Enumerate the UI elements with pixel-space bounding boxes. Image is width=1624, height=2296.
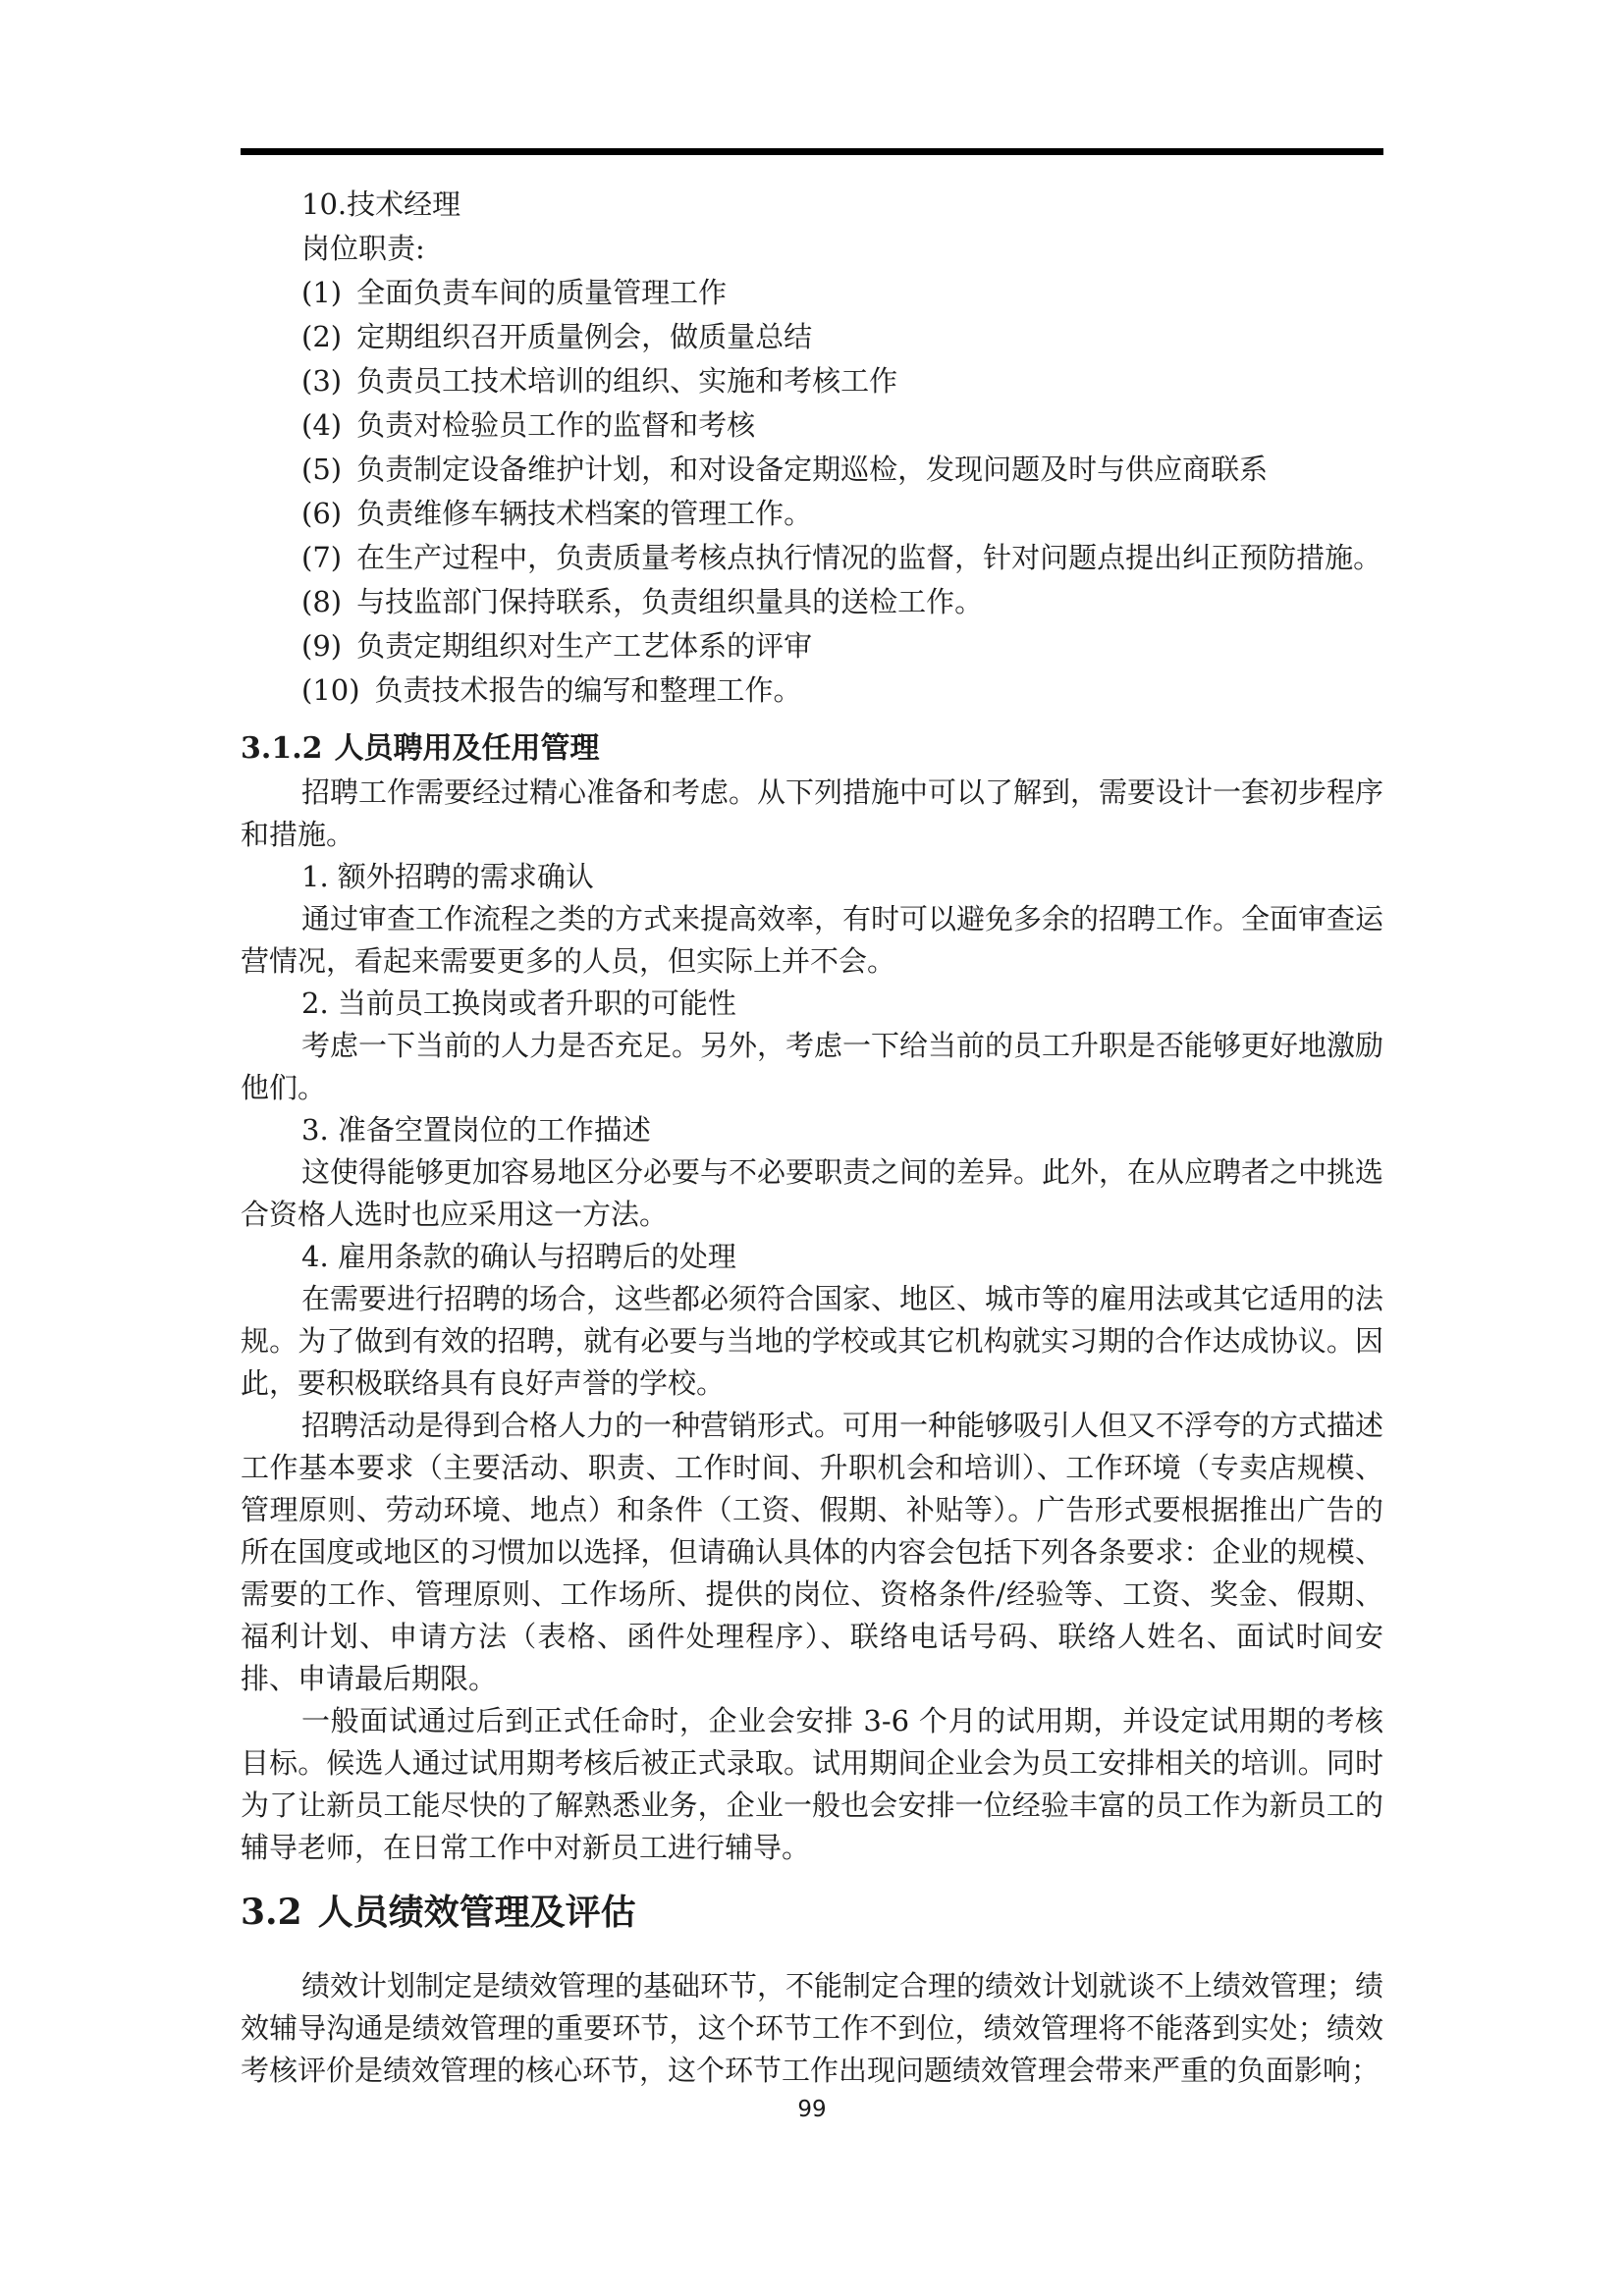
section-heading-312: 3.1.2人员聘用及任用管理 [241, 726, 1383, 772]
duty-text: 负责对检验员工作的监督和考核 [356, 408, 755, 442]
duty-item: (5)负责制定设备维护计划，和对设备定期巡检，发现问题及时与供应商联系 [301, 448, 1383, 492]
duty-item: (1)全面负责车间的质量管理工作 [301, 271, 1383, 315]
job-duties-block: 10.技术经理 岗位职责: (1)全面负责车间的质量管理工作 (2)定期组织召开… [241, 183, 1383, 713]
duty-item: (10)负责技术报告的编写和整理工作。 [301, 668, 1383, 713]
page-content: 10.技术经理 岗位职责: (1)全面负责车间的质量管理工作 (2)定期组织召开… [241, 148, 1383, 2092]
duty-text: 定期组织召开质量例会，做质量总结 [356, 320, 812, 353]
measure-label: 2. 当前员工换岗或者升职的可能性 [241, 983, 1383, 1025]
duty-text: 在生产过程中，负责质量考核点执行情况的监督，针对问题点提出纠正预防措施。 [356, 541, 1381, 574]
duty-number: (1) [301, 276, 342, 309]
duty-number: (4) [301, 408, 342, 442]
duty-number: (5) [301, 453, 342, 486]
measure-label: 1. 额外招聘的需求确认 [241, 856, 1383, 898]
duty-text: 负责技术报告的编写和整理工作。 [375, 673, 802, 707]
measure-item: 2. 当前员工换岗或者升职的可能性 考虑一下当前的人力是否充足。另外，考虑一下给… [241, 983, 1383, 1109]
body-paragraph: 招聘活动是得到合格人力的一种营销形式。可用一种能够吸引人但又不浮夸的方式描述工作… [241, 1405, 1383, 1700]
measure-item: 3. 准备空置岗位的工作描述 这使得能够更加容易地区分必要与不必要职责之间的差异… [241, 1109, 1383, 1236]
duty-number: (8) [301, 585, 342, 618]
measure-body: 在需要进行招聘的场合，这些都必须符合国家、地区、城市等的雇用法或其它适用的法规。… [241, 1278, 1383, 1405]
measure-item: 4. 雇用条款的确认与招聘后的处理 在需要进行招聘的场合，这些都必须符合国家、地… [241, 1236, 1383, 1405]
section-heading-32: 3.2人员绩效管理及评估 [241, 1885, 1383, 1940]
duty-text: 负责制定设备维护计划，和对设备定期巡检，发现问题及时与供应商联系 [356, 453, 1268, 486]
duty-text: 负责定期组织对生产工艺体系的评审 [356, 629, 812, 663]
measure-body: 考虑一下当前的人力是否充足。另外，考虑一下给当前的员工升职是否能够更好地激励他们… [241, 1025, 1383, 1109]
duty-number: (9) [301, 629, 342, 663]
duty-text: 负责员工技术培训的组织、实施和考核工作 [356, 364, 897, 398]
duty-number: (6) [301, 497, 342, 530]
document-page: 10.技术经理 岗位职责: (1)全面负责车间的质量管理工作 (2)定期组织召开… [0, 0, 1624, 2296]
duty-item: (6)负责维修车辆技术档案的管理工作。 [301, 492, 1383, 536]
measure-body: 通过审查工作流程之类的方式来提高效率，有时可以避免多余的招聘工作。全面审查运营情… [241, 898, 1383, 983]
duty-item: (8)与技监部门保持联系，负责组织量具的送检工作。 [301, 580, 1383, 624]
duties-label: 岗位职责: [301, 227, 1383, 271]
duty-text: 负责维修车辆技术档案的管理工作。 [356, 497, 812, 530]
duty-number: (7) [301, 541, 342, 574]
duty-item: (4)负责对检验员工作的监督和考核 [301, 403, 1383, 448]
duty-item: (9)负责定期组织对生产工艺体系的评审 [301, 624, 1383, 668]
duty-text: 与技监部门保持联系，负责组织量具的送检工作。 [356, 585, 983, 618]
section-title: 人员绩效管理及评估 [318, 1892, 636, 1933]
duty-item: (7)在生产过程中，负责质量考核点执行情况的监督，针对问题点提出纠正预防措施。 [301, 536, 1383, 580]
body-paragraph: 一般面试通过后到正式任命时，企业会安排 3-6 个月的试用期，并设定试用期的考核… [241, 1700, 1383, 1869]
duty-text: 全面负责车间的质量管理工作 [356, 276, 727, 309]
measure-label: 3. 准备空置岗位的工作描述 [241, 1109, 1383, 1151]
page-number: 99 [0, 2097, 1624, 2122]
section-number: 3.1.2 [241, 731, 323, 766]
intro-paragraph: 招聘工作需要经过精心准备和考虑。从下列措施中可以了解到，需要设计一套初步程序和措… [241, 772, 1383, 856]
duty-number: (3) [301, 364, 342, 398]
measure-label: 4. 雇用条款的确认与招聘后的处理 [241, 1236, 1383, 1278]
duty-item: (2)定期组织召开质量例会，做质量总结 [301, 315, 1383, 359]
header-rule [241, 148, 1383, 155]
job-title-line: 10.技术经理 [301, 183, 1383, 227]
duty-number: (10) [301, 673, 360, 707]
measure-item: 1. 额外招聘的需求确认 通过审查工作流程之类的方式来提高效率，有时可以避免多余… [241, 856, 1383, 983]
duty-number: (2) [301, 320, 342, 353]
section-number: 3.2 [241, 1892, 302, 1933]
duty-item: (3)负责员工技术培训的组织、实施和考核工作 [301, 359, 1383, 403]
section-title: 人员聘用及任用管理 [335, 731, 600, 766]
measure-body: 这使得能够更加容易地区分必要与不必要职责之间的差异。此外，在从应聘者之中挑选合资… [241, 1151, 1383, 1236]
body-paragraph: 绩效计划制定是绩效管理的基础环节，不能制定合理的绩效计划就谈不上绩效管理；绩效辅… [241, 1965, 1383, 2092]
